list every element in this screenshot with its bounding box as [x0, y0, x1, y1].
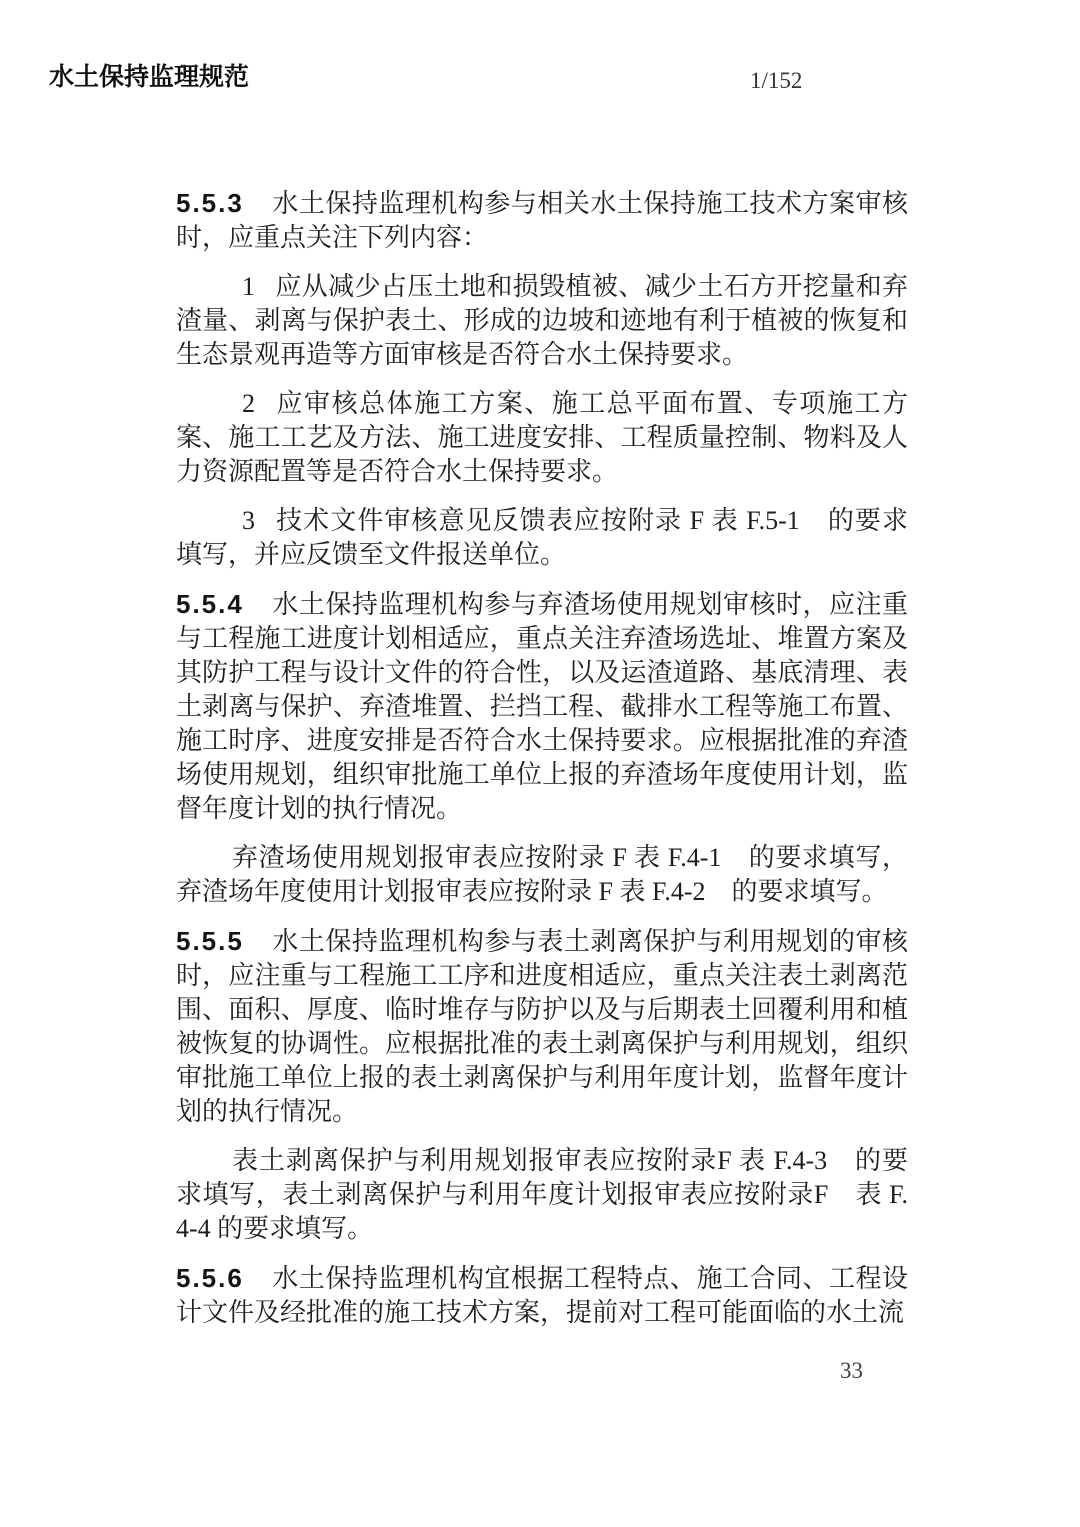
paragraph-item-2: 2应审核总体施工方案、施工总平面布置、专项施工方案、施工工艺及方法、施工进度安排… [176, 387, 908, 489]
paragraph-section-5-5-5: 5.5.5水土保持监理机构参与表土剥离保护与利用规划的审核时，应注重与工程施工工… [176, 924, 908, 1129]
paragraph-section-5-5-4: 5.5.4水土保持监理机构参与弃渣场使用规划审核时，应注重与工程施工进度计划相适… [176, 587, 908, 826]
paragraph-item-1: 1应从减少占压土地和损毁植被、减少土石方开挖量和弃渣量、剥离与保护表土、形成的边… [176, 270, 908, 372]
page-progress-indicator: 1/152 [750, 68, 802, 94]
paragraph-text: 技术文件审核意见反馈表应按附录 F 表 F.5-1 的要求填写，并应反馈至文件报… [176, 506, 908, 569]
page-number: 33 [840, 1357, 863, 1385]
paragraph-form-note-1: 弃渣场使用规划报审表应按附录 F 表 F.4-1 的要求填写，弃渣场年度使用计划… [176, 841, 908, 909]
section-number: 5.5.6 [176, 1263, 244, 1293]
section-number: 5.5.5 [176, 926, 244, 956]
document-page: 水土保持监理规范 1/152 5.5.3水土保持监理机构参与相关水土保持施工技术… [0, 0, 1080, 1527]
paragraph-text: 水土保持监理机构参与弃渣场使用规划审核时，应注重与工程施工进度计划相适应，重点关… [176, 590, 908, 823]
paragraph-form-note-2: 表土剥离保护与利用规划报审表应按附录F 表 F.4-3 的要求填写，表土剥离保护… [176, 1144, 908, 1246]
section-number: 5.5.3 [176, 188, 244, 218]
paragraph-text: 应审核总体施工方案、施工总平面布置、专项施工方案、施工工艺及方法、施工进度安排、… [176, 389, 908, 486]
paragraph-section-5-5-3: 5.5.3水土保持监理机构参与相关水土保持施工技术方案审核时，应重点关注下列内容… [176, 186, 908, 255]
paragraph-text: 表土剥离保护与利用规划报审表应按附录F 表 F.4-3 的要求填写，表土剥离保护… [176, 1146, 908, 1243]
paragraph-text: 弃渣场使用规划报审表应按附录 F 表 F.4-1 的要求填写，弃渣场年度使用计划… [176, 843, 908, 906]
item-number: 3 [242, 506, 255, 535]
paragraph-text: 水土保持监理机构参与相关水土保持施工技术方案审核时，应重点关注下列内容： [176, 189, 908, 252]
paragraph-section-5-5-6: 5.5.6水土保持监理机构宜根据工程特点、施工合同、工程设计文件及经批准的施工技… [176, 1261, 908, 1330]
item-number: 2 [242, 389, 255, 418]
paragraph-item-3: 3技术文件审核意见反馈表应按附录 F 表 F.5-1 的要求填写，并应反馈至文件… [176, 504, 908, 572]
paragraph-text: 水土保持监理机构宜根据工程特点、施工合同、工程设计文件及经批准的施工技术方案，提… [176, 1264, 908, 1327]
paragraph-text: 水土保持监理机构参与表土剥离保护与利用规划的审核时，应注重与工程施工工序和进度相… [176, 927, 908, 1126]
item-number: 1 [242, 272, 255, 301]
paragraph-text: 应从减少占压土地和损毁植被、减少土石方开挖量和弃渣量、剥离与保护表土、形成的边坡… [176, 272, 908, 369]
document-title: 水土保持监理规范 [49, 62, 249, 92]
section-number: 5.5.4 [176, 589, 244, 619]
document-body: 5.5.3水土保持监理机构参与相关水土保持施工技术方案审核时，应重点关注下列内容… [176, 186, 908, 1330]
